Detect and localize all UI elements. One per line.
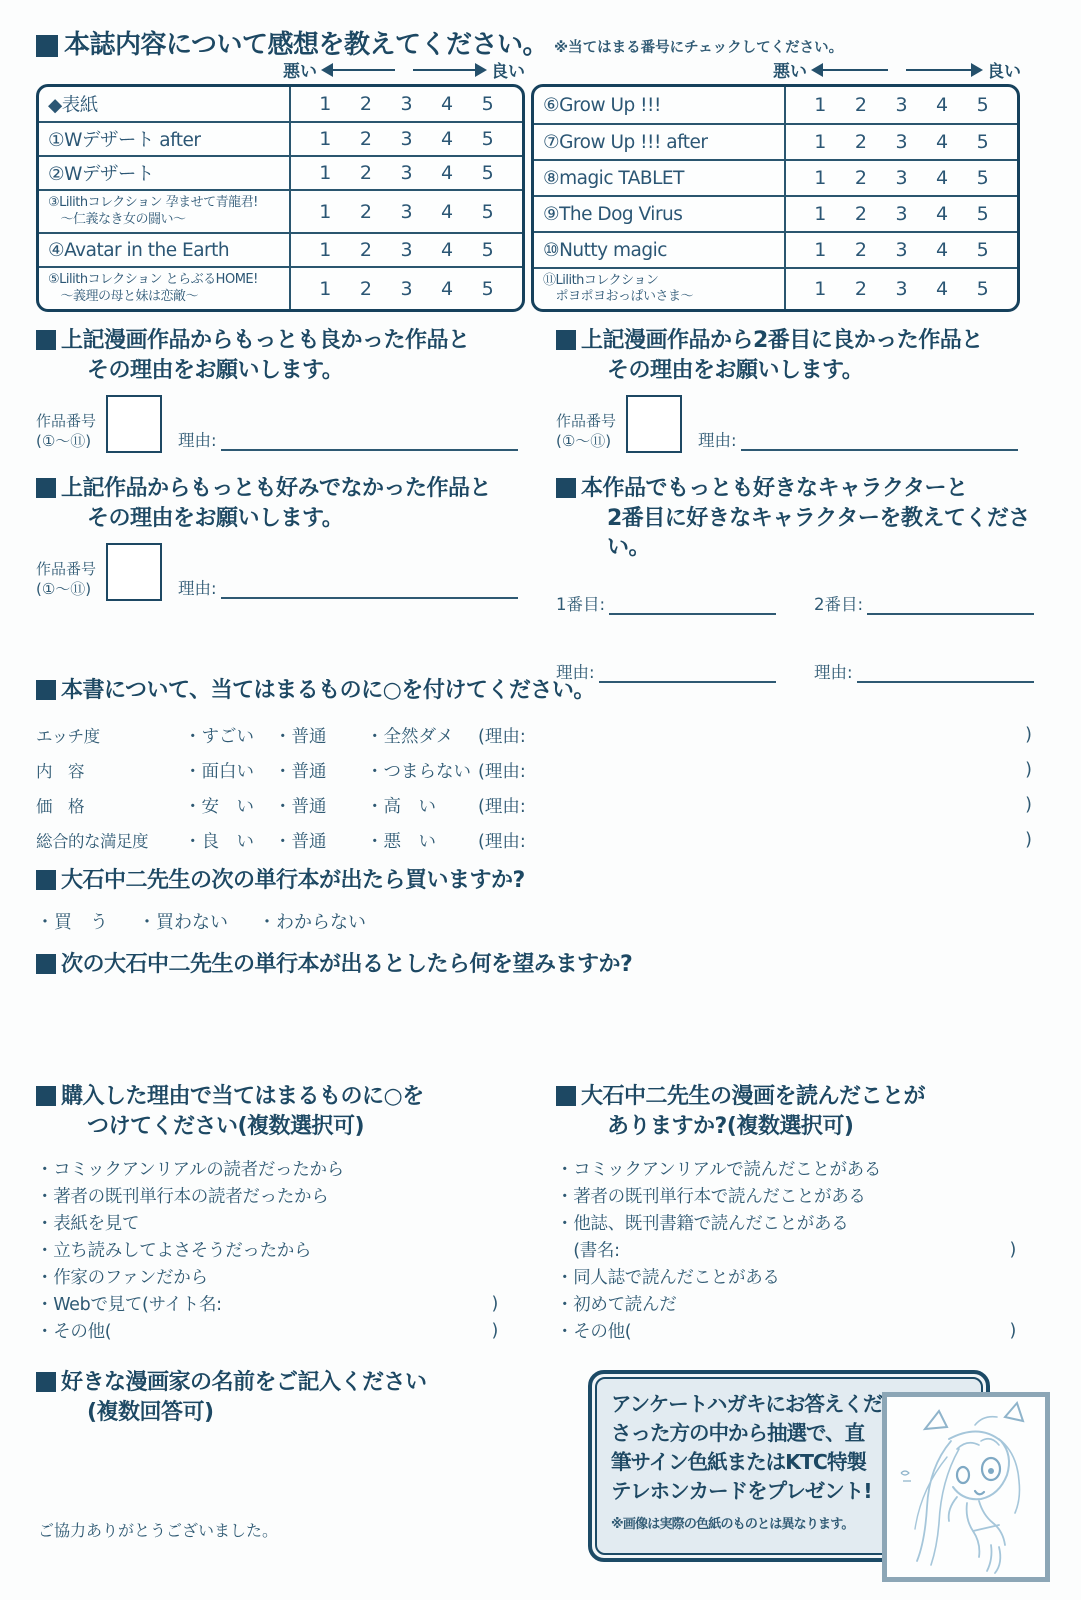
reason-write-line[interactable] bbox=[741, 431, 1018, 451]
rating-scale: 12345 bbox=[786, 87, 1017, 123]
option-item[interactable]: ・初めて読んだ bbox=[556, 1290, 1016, 1317]
work-number-label: 作品番号(①～⑪) bbox=[36, 560, 96, 601]
arrow-right-icon bbox=[413, 69, 485, 71]
work-number-label: 作品番号(①～⑪) bbox=[36, 412, 96, 453]
close-paren: ) bbox=[1009, 1240, 1016, 1260]
question-heading: 上記漫画作品から2番目に良かった作品とその理由をお願いします。 bbox=[556, 326, 1018, 385]
rating-number[interactable]: 2 bbox=[855, 131, 867, 153]
section-bullet-icon bbox=[36, 680, 56, 700]
option-item[interactable]: ・コミックアンリアルの読者だったから bbox=[36, 1155, 498, 1182]
scale-good-label: 良い bbox=[491, 57, 525, 82]
close-paren: ) bbox=[491, 1294, 498, 1314]
option-item[interactable]: ・その他() bbox=[556, 1317, 1016, 1344]
book-rating-row: エッチ度 ・すごい ・普通 ・全然ダメ (理由: ) bbox=[36, 718, 1036, 753]
rating-number[interactable]: 1 bbox=[319, 128, 331, 150]
rating-number[interactable]: 4 bbox=[441, 93, 453, 115]
rating-number[interactable]: 5 bbox=[482, 239, 494, 261]
arrow-left-icon bbox=[813, 69, 888, 71]
table-row: ①Wデザート after 12345 bbox=[39, 121, 522, 155]
scale-legend-left: 悪い 良い bbox=[283, 57, 525, 82]
close-paren: ) bbox=[1009, 1321, 1016, 1341]
criteria-label: エッチ度 bbox=[36, 723, 184, 747]
work-number-box[interactable] bbox=[106, 543, 162, 601]
option-item[interactable]: ・普通 bbox=[274, 723, 366, 748]
option-item[interactable]: ・買わない bbox=[138, 908, 228, 934]
rating-number[interactable]: 1 bbox=[319, 239, 331, 261]
signature-mark bbox=[901, 1471, 911, 1481]
rating-number[interactable]: 4 bbox=[441, 278, 453, 300]
option-item[interactable]: ・全然ダメ bbox=[366, 723, 478, 748]
rating-number[interactable]: 1 bbox=[814, 203, 826, 225]
rating-number[interactable]: 4 bbox=[441, 239, 453, 261]
work-label: ⑩Nutty magic bbox=[534, 233, 786, 267]
survey-form-page: 本誌内容について感想を教えてください。 ※当てはまる番号にチェックしてください。… bbox=[0, 0, 1081, 1600]
work-number-label: 作品番号(①～⑪) bbox=[556, 412, 616, 453]
rating-number[interactable]: 5 bbox=[482, 201, 494, 223]
section-bullet-icon bbox=[556, 478, 576, 498]
question-heading: 上記作品からもっとも好みでなかった作品とその理由をお願いします。 bbox=[36, 474, 518, 533]
rating-scale: 12345 bbox=[786, 233, 1017, 267]
option-item[interactable]: ・すごい bbox=[184, 723, 274, 748]
option-item[interactable]: ・買 う bbox=[36, 908, 108, 934]
rating-number[interactable]: 3 bbox=[895, 167, 907, 189]
rating-number[interactable]: 1 bbox=[814, 167, 826, 189]
book-rating-row: 総合的な満足度 ・良 い ・普通 ・悪 い (理由: ) bbox=[36, 823, 1036, 858]
table-row: ⑪Lilithコレクション ポヨポヨおっぱいさま～ 12345 bbox=[534, 267, 1017, 309]
table-row: ⑥Grow Up !!! 12345 bbox=[534, 87, 1017, 123]
section-bullet-icon bbox=[36, 954, 56, 974]
table-row: ⑤Lilithコレクション とらぶるHOME! ～義理の母と妹は恋敵～ 1234… bbox=[39, 266, 522, 309]
option-item[interactable]: ・高 い bbox=[366, 793, 478, 818]
rating-number[interactable]: 4 bbox=[441, 128, 453, 150]
rating-number[interactable]: 5 bbox=[977, 167, 989, 189]
rating-number[interactable]: 3 bbox=[895, 131, 907, 153]
rating-number[interactable]: 3 bbox=[400, 128, 412, 150]
rating-number[interactable]: 5 bbox=[482, 93, 494, 115]
option-item[interactable]: ・わからない bbox=[258, 908, 366, 934]
rating-number[interactable]: 3 bbox=[895, 278, 907, 300]
work-label: ⑪Lilithコレクション ポヨポヨおっぱいさま～ bbox=[534, 269, 786, 309]
section-bullet-icon bbox=[556, 330, 576, 350]
second-choice-label: 2番目: bbox=[814, 591, 863, 615]
first-choice-label: 1番目: bbox=[556, 591, 605, 615]
rating-number[interactable]: 3 bbox=[895, 203, 907, 225]
option-item[interactable]: ・作家のファンだから bbox=[36, 1263, 498, 1290]
rating-number[interactable]: 3 bbox=[895, 239, 907, 261]
reason-label: (理由: bbox=[478, 828, 526, 853]
section-bullet-icon bbox=[36, 35, 58, 57]
anime-girl-sketch bbox=[887, 1397, 1045, 1577]
rating-scale: 12345 bbox=[291, 87, 522, 121]
rating-number[interactable]: 5 bbox=[482, 128, 494, 150]
rating-number[interactable]: 3 bbox=[895, 94, 907, 116]
reason-write-line[interactable] bbox=[221, 431, 518, 451]
option-item[interactable]: ・同人誌で読んだことがある bbox=[556, 1263, 1016, 1290]
section-bullet-icon bbox=[36, 870, 56, 890]
scale-good-label: 良い bbox=[987, 57, 1021, 82]
work-label: ⑥Grow Up !!! bbox=[534, 87, 786, 123]
option-item[interactable]: ・普通 bbox=[274, 828, 366, 853]
option-item[interactable]: ・悪 い bbox=[366, 828, 478, 853]
rating-table-left: ◆表紙 12345 ①Wデザート after 12345 ②Wデザート 1234… bbox=[36, 84, 525, 312]
prize-text: アンケートハガキにお答えくださった方の中から抽選で、直筆サイン色紙またはKTC特… bbox=[611, 1390, 883, 1506]
rating-number[interactable]: 3 bbox=[400, 93, 412, 115]
rating-scale: 12345 bbox=[786, 269, 1017, 309]
rating-number[interactable]: 3 bbox=[400, 201, 412, 223]
rating-number[interactable]: 2 bbox=[360, 93, 372, 115]
option-item[interactable]: ・良 い bbox=[184, 828, 274, 853]
prize-note: ※画像は実際の色紙のものとは異なります。 bbox=[611, 1513, 889, 1532]
criteria-label: 価 格 bbox=[36, 793, 184, 817]
close-paren: ) bbox=[1025, 830, 1036, 850]
close-paren: ) bbox=[1025, 795, 1036, 815]
question-buy-next-book: 大石中二先生の次の単行本が出たら買いますか? ・買 う ・買わない ・わからない bbox=[36, 866, 736, 934]
option-item[interactable]: ・著者の既刊単行本で読んだことがある bbox=[556, 1182, 1016, 1209]
question-least-favorite-work: 上記作品からもっとも好みでなかった作品とその理由をお願いします。 作品番号(①～… bbox=[36, 474, 518, 601]
rating-number[interactable]: 4 bbox=[936, 239, 948, 261]
rating-number[interactable]: 4 bbox=[936, 278, 948, 300]
option-item[interactable]: ・つまらない bbox=[366, 758, 478, 783]
form-title: 本誌内容について感想を教えてください。 bbox=[64, 24, 548, 61]
rating-number[interactable]: 5 bbox=[977, 203, 989, 225]
rating-number[interactable]: 1 bbox=[319, 201, 331, 223]
work-label: ⑨The Dog Virus bbox=[534, 197, 786, 231]
table-row: ⑦Grow Up !!! after 12345 bbox=[534, 123, 1017, 159]
close-paren: ) bbox=[1025, 725, 1036, 745]
question-best-work: 上記漫画作品からもっとも良かった作品とその理由をお願いします。 作品番号(①～⑪… bbox=[36, 326, 518, 453]
scale-bad-label: 悪い bbox=[773, 57, 807, 82]
rating-scale: 12345 bbox=[291, 157, 522, 189]
rating-scale: 12345 bbox=[291, 234, 522, 266]
rating-number[interactable]: 2 bbox=[360, 239, 372, 261]
book-rating-row: 価 格 ・安 い ・普通 ・高 い (理由: ) bbox=[36, 788, 1036, 823]
option-item[interactable]: ・著者の既刊単行本の読者だったから bbox=[36, 1182, 498, 1209]
question-next-book-wish: 次の大石中二先生の単行本が出るとしたら何を望みますか? bbox=[36, 950, 836, 980]
question-heading: 本作品でもっとも好きなキャラクターと2番目に好きなキャラクターを教えてください。 bbox=[556, 474, 1034, 563]
reason-write-line[interactable] bbox=[221, 579, 518, 599]
rating-number[interactable]: 1 bbox=[319, 162, 331, 184]
option-item[interactable]: ・立ち読みしてよさそうだったから bbox=[36, 1236, 498, 1263]
close-paren: ) bbox=[1025, 760, 1036, 780]
rating-number[interactable]: 5 bbox=[482, 278, 494, 300]
scale-bad-label: 悪い bbox=[283, 57, 317, 82]
rating-scale: 12345 bbox=[291, 123, 522, 155]
reason-label: (理由: bbox=[478, 723, 526, 748]
question-heading: 次の大石中二先生の単行本が出るとしたら何を望みますか? bbox=[36, 950, 836, 980]
rating-number[interactable]: 4 bbox=[936, 203, 948, 225]
question-heading: 上記漫画作品からもっとも良かった作品とその理由をお願いします。 bbox=[36, 326, 518, 385]
table-row: ③Lilithコレクション 孕ませて青龍君! ～仁義なき女の闘い～ 12345 bbox=[39, 189, 522, 232]
table-row: ④Avatar in the Earth 12345 bbox=[39, 232, 522, 266]
book-rating-row: 内 容 ・面白い ・普通 ・つまらない (理由: ) bbox=[36, 753, 1036, 788]
rating-table-right: ⑥Grow Up !!! 12345 ⑦Grow Up !!! after 12… bbox=[531, 84, 1020, 312]
question-about-book: 本書について、当てはまるものに○を付けてください。 エッチ度 ・すごい ・普通 … bbox=[36, 676, 1036, 858]
question-heading: 大石中二先生の漫画を読んだことがありますか?(複数選択可) bbox=[556, 1082, 1016, 1141]
rating-scale: 12345 bbox=[291, 268, 522, 309]
rating-number[interactable]: 5 bbox=[977, 278, 989, 300]
option-item[interactable]: ・普通 bbox=[274, 758, 366, 783]
option-item[interactable]: ・その他() bbox=[36, 1317, 498, 1344]
table-row: ◆表紙 12345 bbox=[39, 87, 522, 121]
rating-number[interactable]: 3 bbox=[400, 278, 412, 300]
question-favorite-artist: 好きな漫画家の名前をご記入ください(複数回答可) bbox=[36, 1368, 516, 1427]
rating-number[interactable]: 5 bbox=[977, 239, 989, 261]
question-purchase-reason: 購入した理由で当てはまるものに○をつけてください(複数選択可) ・コミックアンリ… bbox=[36, 1082, 498, 1344]
work-label: ①Wデザート after bbox=[39, 123, 291, 155]
rating-number[interactable]: 2 bbox=[855, 278, 867, 300]
rating-number[interactable]: 4 bbox=[441, 162, 453, 184]
rating-scale: 12345 bbox=[786, 197, 1017, 231]
rating-number[interactable]: 3 bbox=[400, 239, 412, 261]
table-row: ②Wデザート 12345 bbox=[39, 155, 522, 189]
option-item[interactable]: ・他誌、既刊書籍で読んだことがある bbox=[556, 1209, 1016, 1236]
rating-scale: 12345 bbox=[786, 161, 1017, 195]
form-header: 本誌内容について感想を教えてください。 ※当てはまる番号にチェックしてください。 bbox=[36, 24, 843, 61]
rating-number[interactable]: 1 bbox=[319, 93, 331, 115]
reason-label: (理由: bbox=[478, 758, 526, 783]
rating-scale: 12345 bbox=[786, 125, 1017, 159]
section-bullet-icon bbox=[36, 478, 56, 498]
work-label: ⑤Lilithコレクション とらぶるHOME! ～義理の母と妹は恋敵～ bbox=[39, 268, 291, 309]
reason-label: 理由: bbox=[698, 427, 737, 451]
rating-number[interactable]: 4 bbox=[936, 131, 948, 153]
form-title-note: ※当てはまる番号にチェックしてください。 bbox=[554, 36, 843, 57]
question-favorite-character: 本作品でもっとも好きなキャラクターと2番目に好きなキャラクターを教えてください。… bbox=[556, 474, 1034, 683]
rating-number[interactable]: 1 bbox=[814, 278, 826, 300]
question-heading: 購入した理由で当てはまるものに○をつけてください(複数選択可) bbox=[36, 1082, 498, 1141]
rating-number[interactable]: 1 bbox=[814, 239, 826, 261]
rating-number[interactable]: 5 bbox=[977, 131, 989, 153]
reason-label: 理由: bbox=[178, 427, 217, 451]
rating-number[interactable]: 4 bbox=[936, 167, 948, 189]
scale-legend-right: 悪い 良い bbox=[773, 57, 1021, 82]
prize-illustration bbox=[882, 1392, 1050, 1582]
criteria-label: 内 容 bbox=[36, 758, 184, 782]
rating-number[interactable]: 2 bbox=[360, 278, 372, 300]
question-second-best-work: 上記漫画作品から2番目に良かった作品とその理由をお願いします。 作品番号(①～⑪… bbox=[556, 326, 1018, 453]
rating-number[interactable]: 5 bbox=[977, 94, 989, 116]
question-heading: 好きな漫画家の名前をご記入ください(複数回答可) bbox=[36, 1368, 516, 1427]
work-label: ⑧magic TABLET bbox=[534, 161, 786, 195]
table-row: ⑧magic TABLET 12345 bbox=[534, 159, 1017, 195]
first-choice-write-line[interactable] bbox=[609, 597, 776, 615]
option-item[interactable]: ・Webで見て(サイト名:) bbox=[36, 1290, 498, 1317]
option-item[interactable]: (書名:) bbox=[556, 1236, 1016, 1263]
thanks-message: ご協力ありがとうございました。 bbox=[38, 1518, 278, 1541]
option-item[interactable]: ・コミックアンリアルで読んだことがある bbox=[556, 1155, 1016, 1182]
rating-number[interactable]: 3 bbox=[400, 162, 412, 184]
rating-number[interactable]: 2 bbox=[855, 239, 867, 261]
reason-label: (理由: bbox=[478, 793, 526, 818]
criteria-label: 総合的な満足度 bbox=[36, 828, 184, 852]
section-bullet-icon bbox=[556, 1086, 576, 1106]
question-heading: 本書について、当てはまるものに○を付けてください。 bbox=[36, 676, 1036, 706]
question-heading: 大石中二先生の次の単行本が出たら買いますか? bbox=[36, 866, 736, 896]
work-label: ◆表紙 bbox=[39, 87, 291, 121]
work-label: ⑦Grow Up !!! after bbox=[534, 125, 786, 159]
section-bullet-icon bbox=[36, 1372, 56, 1392]
work-label: ②Wデザート bbox=[39, 157, 291, 189]
work-number-box[interactable] bbox=[626, 395, 682, 453]
rating-number[interactable]: 2 bbox=[855, 167, 867, 189]
arrow-left-icon bbox=[323, 69, 395, 71]
rating-number[interactable]: 4 bbox=[936, 94, 948, 116]
option-item[interactable]: ・面白い bbox=[184, 758, 274, 783]
section-bullet-icon bbox=[36, 1086, 56, 1106]
rating-number[interactable]: 2 bbox=[360, 128, 372, 150]
option-item[interactable]: ・普通 bbox=[274, 793, 366, 818]
rating-number[interactable]: 4 bbox=[441, 201, 453, 223]
reason-label: 理由: bbox=[178, 575, 217, 599]
option-item[interactable]: ・表紙を見て bbox=[36, 1209, 498, 1236]
rating-number[interactable]: 1 bbox=[319, 278, 331, 300]
rating-number[interactable]: 2 bbox=[360, 162, 372, 184]
rating-number[interactable]: 2 bbox=[855, 94, 867, 116]
work-number-box[interactable] bbox=[106, 395, 162, 453]
rating-number[interactable]: 1 bbox=[814, 131, 826, 153]
table-row: ⑩Nutty magic 12345 bbox=[534, 231, 1017, 267]
option-item[interactable]: ・安 い bbox=[184, 793, 274, 818]
rating-number[interactable]: 2 bbox=[855, 203, 867, 225]
arrow-right-icon bbox=[906, 69, 981, 71]
table-row: ⑨The Dog Virus 12345 bbox=[534, 195, 1017, 231]
second-choice-write-line[interactable] bbox=[867, 597, 1034, 615]
work-label: ③Lilithコレクション 孕ませて青龍君! ～仁義なき女の闘い～ bbox=[39, 191, 291, 232]
section-bullet-icon bbox=[36, 330, 56, 350]
close-paren: ) bbox=[491, 1321, 498, 1341]
rating-number[interactable]: 5 bbox=[482, 162, 494, 184]
rating-number[interactable]: 1 bbox=[814, 94, 826, 116]
rating-number[interactable]: 2 bbox=[360, 201, 372, 223]
question-read-before: 大石中二先生の漫画を読んだことがありますか?(複数選択可) ・コミックアンリアル… bbox=[556, 1082, 1016, 1344]
work-label: ④Avatar in the Earth bbox=[39, 234, 291, 266]
rating-scale: 12345 bbox=[291, 191, 522, 232]
